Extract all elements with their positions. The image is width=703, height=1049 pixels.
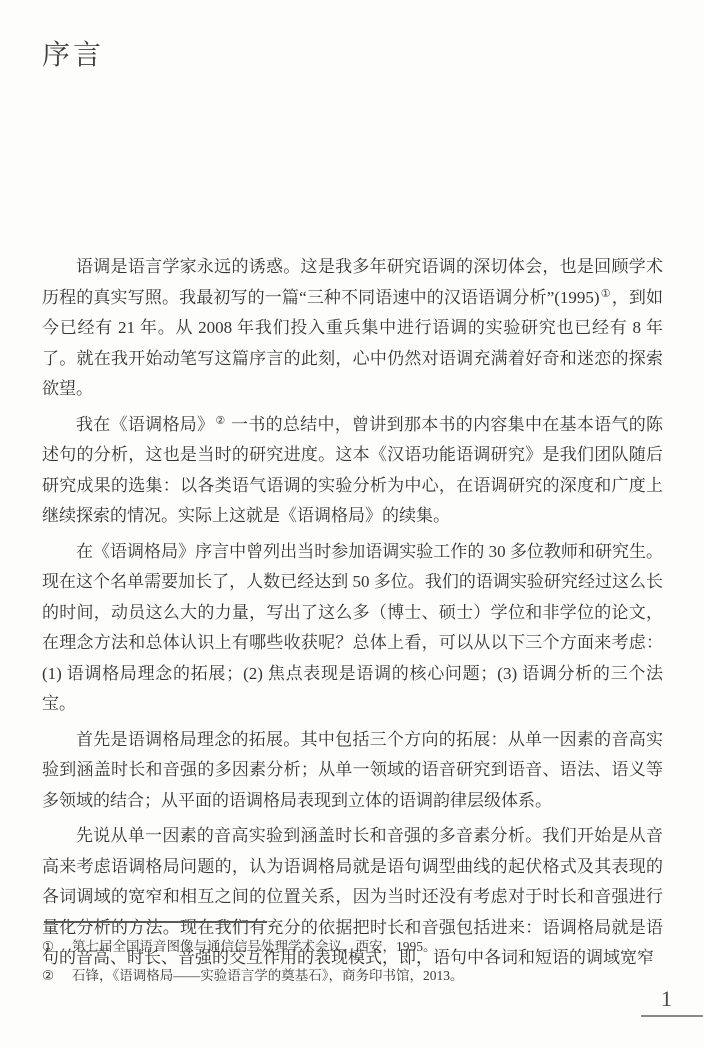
paragraph: 在《语调格局》序言中曾列出当时参加语调实验工作的 30 多位教师和研究生。现在这…	[42, 537, 663, 720]
footnote-text: 石锋，《语调格局——实验语言学的奠基石》，商务印书馆，2013。	[72, 961, 663, 990]
paragraph-text: 在《语调格局》序言中曾列出当时参加语调实验工作的 30 多位教师和研究生。现在这…	[42, 542, 663, 714]
footnote-marker: ①	[42, 932, 72, 961]
paragraph: 我在《语调格局》② 一书的总结中，曾讲到那本书的内容集中在基本语气的陈述句的分析…	[42, 410, 663, 532]
body-text: 语调是语言学家永远的诱惑。这是我多年研究语调的深切体会，也是回顾学术历程的真实写…	[42, 252, 663, 979]
paragraph-text: 首先是语调格局理念的拓展。其中包括三个方向的拓展：从单一因素的音高实验到涵盖时长…	[42, 730, 663, 810]
page-title: 序言	[42, 33, 104, 73]
book-page: 序言 语调是语言学家永远的诱惑。这是我多年研究语调的深切体会，也是回顾学术历程的…	[0, 0, 703, 1049]
footnotes-section: ① 第七届全国语音图像与通信信号处理学术会议，西安，1995。 ② 石锋，《语调…	[42, 921, 663, 990]
paragraph-text: 我在《语调格局》	[76, 415, 214, 434]
paragraph: 首先是语调格局理念的拓展。其中包括三个方向的拓展：从单一因素的音高实验到涵盖时长…	[42, 725, 663, 817]
footnote-item: ① 第七届全国语音图像与通信信号处理学术会议，西安，1995。	[42, 932, 663, 961]
footnote-item: ② 石锋，《语调格局——实验语言学的奠基石》，商务印书馆，2013。	[42, 961, 663, 990]
page-number: 1	[661, 986, 683, 1011]
footnote-marker: ②	[42, 961, 72, 990]
footnote-ref-2: ②	[214, 415, 226, 427]
footnote-divider	[44, 921, 267, 923]
paragraph: 语调是语言学家永远的诱惑。这是我多年研究语调的深切体会，也是回顾学术历程的真实写…	[42, 252, 663, 405]
footnote-text: 第七届全国语音图像与通信信号处理学术会议，西安，1995。	[72, 932, 663, 961]
page-number-rule: 1	[641, 986, 703, 1017]
paragraph-text: 语调是语言学家永远的诱惑。这是我多年研究语调的深切体会，也是回顾学术历程的真实写…	[42, 257, 663, 307]
footnote-ref-1: ①	[600, 288, 612, 300]
